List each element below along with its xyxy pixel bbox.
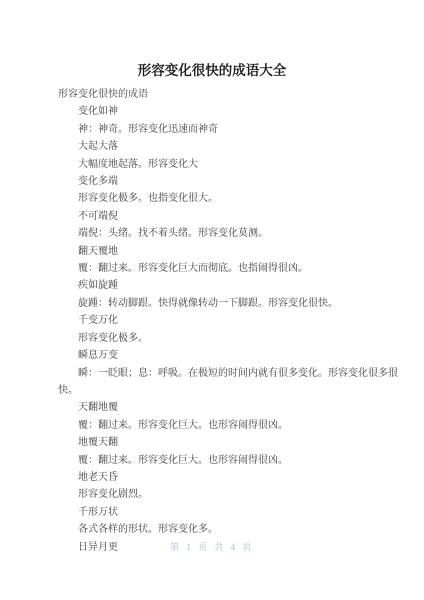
- idiom-definition: 形容变化极多。也指变化很大。: [58, 190, 400, 207]
- idiom-term: 大起大落: [58, 138, 400, 155]
- idiom-definition: 神：神奇。形容变化迅速而神奇: [58, 121, 400, 138]
- idiom-definition: 旋踵：转动脚跟。快得就像转动一下脚跟。形容变化很快。: [58, 295, 400, 312]
- document-page: 形容变化很快的成语大全 形容变化很快的成语 变化如神 神：神奇。形容变化迅速而神…: [0, 0, 424, 600]
- idiom-term: 变化如神: [58, 103, 400, 120]
- idiom-term: 地覆天翻: [58, 434, 400, 451]
- idiom-definition: 端倪：头绪。找不着头绪。形容变化莫测。: [58, 225, 400, 242]
- idiom-term: 疾如旋踵: [58, 277, 400, 294]
- intro-line: 形容变化很快的成语: [58, 86, 400, 103]
- idiom-definition: 覆：翻过来。形容变化巨大而彻底。也指闹得很凶。: [58, 260, 400, 277]
- idiom-term: 瞬息万变: [58, 347, 400, 364]
- idiom-term: 千变万化: [58, 312, 400, 329]
- idiom-definition: 瞬：一眨眼；息：呼吸。在极短的时间内就有很多变化。形容变化很多很快。: [58, 365, 400, 400]
- idiom-definition: 覆：翻过来。形容变化巨大。也形容闹得很凶。: [58, 452, 400, 469]
- page-footer: 第 1 页 共 4 页: [0, 540, 424, 553]
- idiom-term: 天翻地覆: [58, 399, 400, 416]
- idiom-term: 变化多端: [58, 173, 400, 190]
- idiom-term: 翻天覆地: [58, 243, 400, 260]
- idiom-definition: 覆：翻过来。形容变化巨大。也形容闹得很凶。: [58, 417, 400, 434]
- page-title: 形容变化很快的成语大全: [24, 62, 400, 79]
- footer-page-indicator: 第 1 页 共 4 页: [170, 542, 254, 552]
- idiom-definition: 形容变化剧烈。: [58, 486, 400, 503]
- idiom-definition: 大幅度地起落。形容变化大: [58, 156, 400, 173]
- idiom-definition: 形容变化极多。: [58, 330, 400, 347]
- idiom-term: 不可端倪: [58, 208, 400, 225]
- idiom-definition: 各式各样的形状。形容变化多。: [58, 521, 400, 538]
- idiom-term: 地老天昏: [58, 469, 400, 486]
- idiom-term: 千形万状: [58, 504, 400, 521]
